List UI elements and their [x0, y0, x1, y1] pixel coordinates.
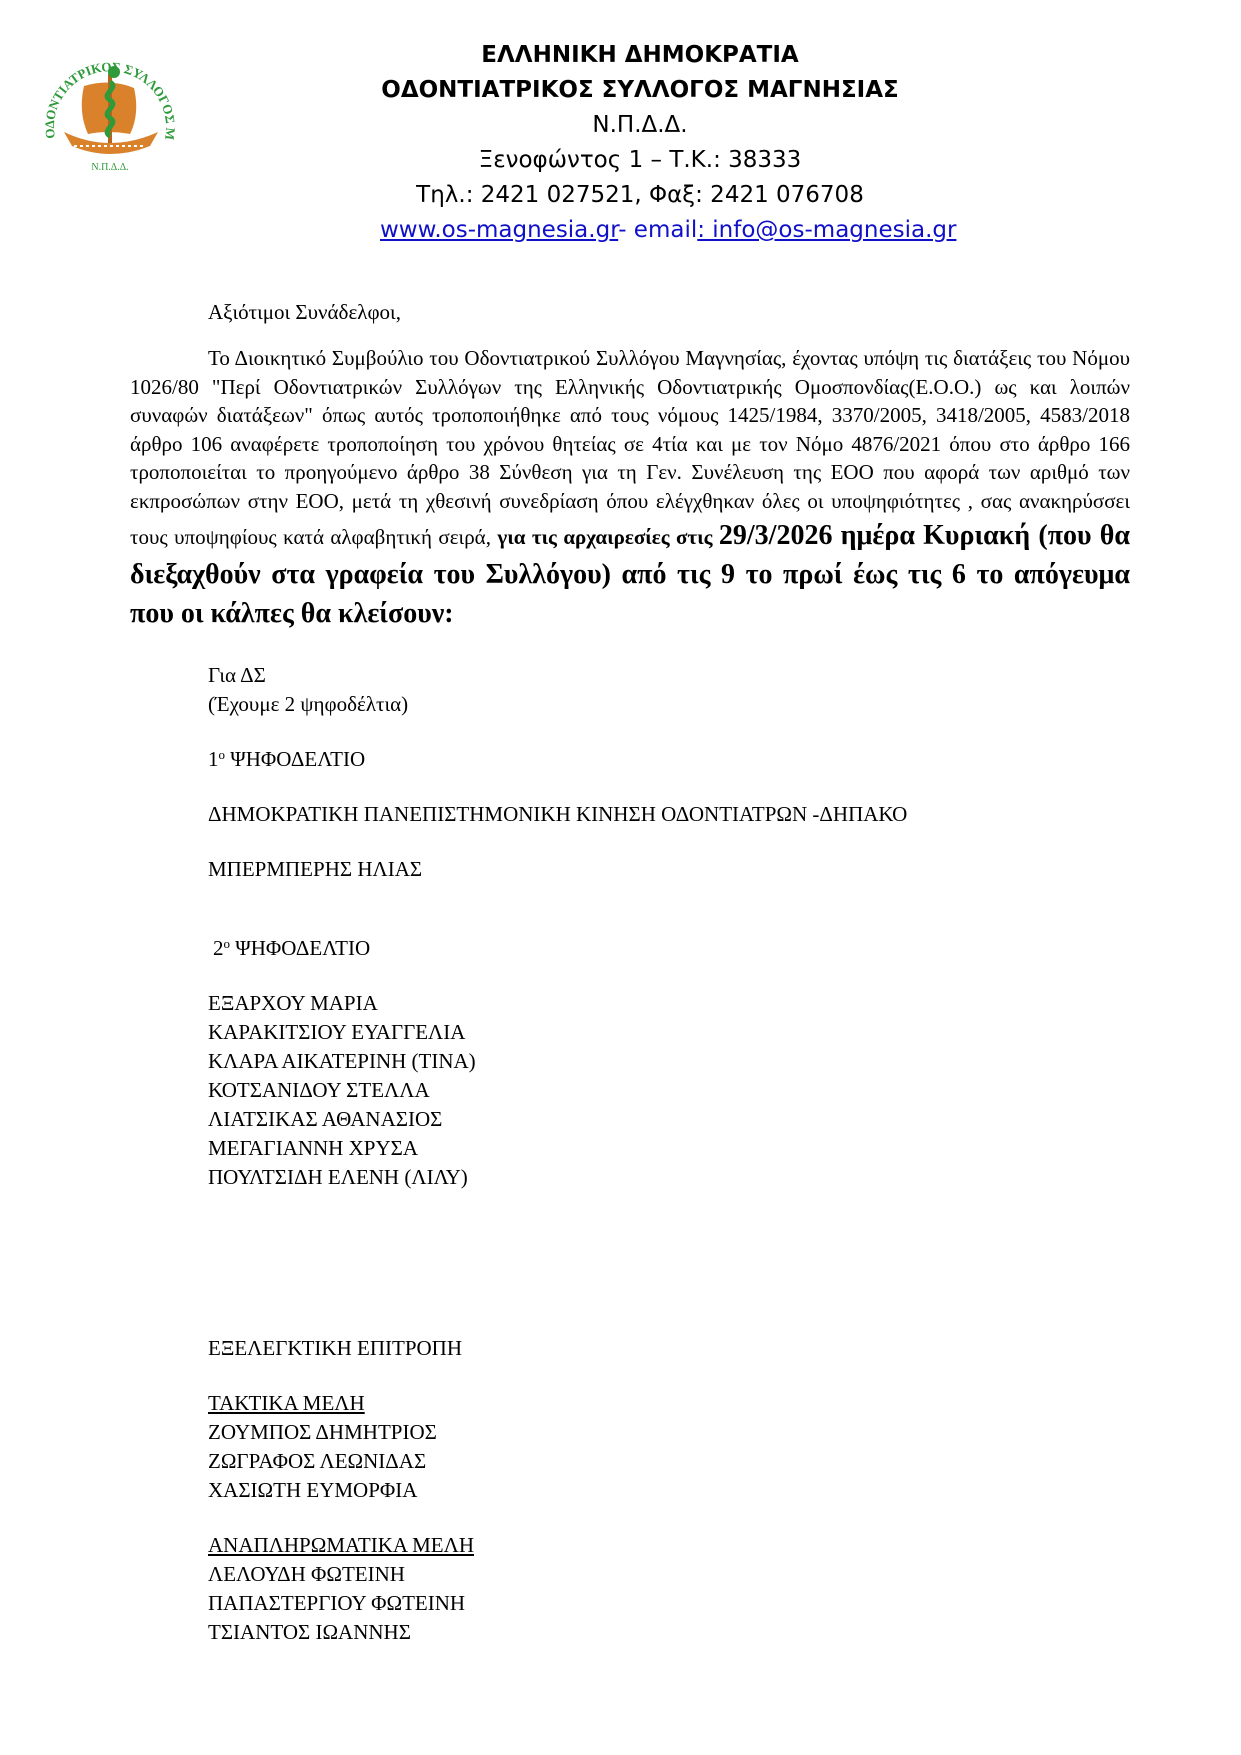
svg-text:Ν.Π.Δ.Δ.: Ν.Π.Δ.Δ. — [91, 162, 128, 173]
republic-title: ΕΛΛΗΝΙΚΗ ΔΗΜΟΚΡΑΤΙΑ — [340, 38, 940, 73]
regular-members-title: ΤΑΚΤΙΚΑ ΜΕΛΗ — [208, 1389, 474, 1418]
email-link[interactable]: : info@os-magnesia.gr — [697, 217, 956, 243]
alternate-member: ΤΣΙΑΝΤΟΣ ΙΩΑΝΝΗΣ — [208, 1618, 474, 1647]
legal-form: Ν.Π.Δ.Δ. — [340, 108, 940, 143]
alternate-members-title: ΑΝΑΠΛΗΡΩΜΑΤΙΚΑ ΜΕΛΗ — [208, 1531, 474, 1560]
address: Ξενοφώντος 1 – Τ.Κ.: 38333 — [340, 143, 940, 178]
alternate-member: ΛΕΛΟΥΔΗ ΦΩΤΕΙΝΗ — [208, 1560, 474, 1589]
ballot-1-heading: 1ο ΨΗΦΟΔΕΛΤΙΟ — [208, 745, 907, 774]
phone-fax: Τηλ.: 2421 027521, Φαξ: 2421 076708 — [340, 178, 940, 213]
association-logo: ΟΔΟΝΤΙΑΤΡΙΚΟΣ ΣΥΛΛΟΓΟΣ ΜΑΓΝΗΣΙΑΣ Ν.Π.Δ.Δ… — [34, 42, 186, 174]
ballot-2-candidate: ΜΕΓΑΓΙΑΝΝΗ ΧΡΥΣΑ — [208, 1134, 907, 1163]
audit-title: ΕΞΕΛΕΓΚΤΙΚΗ ΕΠΙΤΡΟΠΗ — [208, 1334, 474, 1363]
board-note: (Έχουμε 2 ψηφοδέλτια) — [208, 690, 907, 719]
ballot-2-candidate: ΚΛΑΡΑ ΑΙΚΑΤΕΡΙΝΗ (ΤΙΝΑ) — [208, 1047, 907, 1076]
ballot-2-candidate: ΚΟΤΣΑΝΙΔΟΥ ΣΤΕΛΛΑ — [208, 1076, 907, 1105]
alternate-member: ΠΑΠΑΣΤΕΡΓΙΟΥ ΦΩΤΕΙΝΗ — [208, 1589, 474, 1618]
ballot-2-candidate: ΕΞΑΡΧΟΥ ΜΑΡΙΑ — [208, 989, 907, 1018]
organization-name: ΟΔΟΝΤΙΑΤΡΙΚΟΣ ΣΥΛΛΟΓΟΣ ΜΑΓΝΗΣΙΑΣ — [340, 73, 940, 108]
regular-member: ΖΟΥΜΠΟΣ ΔΗΜΗΤΡΙΟΣ — [208, 1418, 474, 1447]
ballot-2-candidate: ΛΙΑΤΣΙΚΑΣ ΑΘΑΝΑΣΙΟΣ — [208, 1105, 907, 1134]
regular-member: ΧΑΣΙΩΤΗ ΕΥΜΟΡΦΙΑ — [208, 1476, 474, 1505]
website-link[interactable]: www.os-magnesia.gr — [380, 217, 618, 243]
ballot-2-heading: 2ο ΨΗΦΟΔΕΛΤΙΟ — [208, 934, 907, 963]
ballot-1-party: ΔΗΜΟΚΡΑΤΙΚΗ ΠΑΝΕΠΙΣΤΗΜΟΝΙΚΗ ΚΙΝΗΣΗ ΟΔΟΝΤ… — [208, 800, 907, 829]
salutation: Αξιότιμοι Συνάδελφοι, — [208, 298, 1130, 326]
letterhead: ΕΛΛΗΝΙΚΗ ΔΗΜΟΚΡΑΤΙΑ ΟΔΟΝΤΙΑΤΡΙΚΟΣ ΣΥΛΛΟΓ… — [340, 38, 940, 248]
ballot-2-candidate: ΠΟΥΛΤΣΙΔΗ ΕΛΕΝΗ (ΛΙΛΥ) — [208, 1163, 907, 1192]
letter-body: Αξιότιμοι Συνάδελφοι, Το Διοικητικό Συμβ… — [130, 298, 1130, 633]
email-label: - email — [618, 217, 697, 243]
regular-member: ΖΩΓΡΑΦΟΣ ΛΕΩΝΙΔΑΣ — [208, 1447, 474, 1476]
announcement-paragraph: Το Διοικητικό Συμβούλιο του Οδοντιατρικο… — [130, 344, 1130, 633]
board-title: Για ΔΣ — [208, 661, 907, 690]
ballot-2-candidate: ΚΑΡΑΚΙΤΣΙΟΥ ΕΥΑΓΓΕΛΙΑ — [208, 1018, 907, 1047]
ballot-1-candidate: ΜΠΕΡΜΠΕΡΗΣ ΗΛΙΑΣ — [208, 855, 907, 884]
board-section: Για ΔΣ (Έχουμε 2 ψηφοδέλτια) 1ο ΨΗΦΟΔΕΛΤ… — [208, 661, 907, 1192]
audit-section: ΕΞΕΛΕΓΚΤΙΚΗ ΕΠΙΤΡΟΠΗ ΤΑΚΤΙΚΑ ΜΕΛΗ ΖΟΥΜΠΟ… — [208, 1334, 474, 1647]
